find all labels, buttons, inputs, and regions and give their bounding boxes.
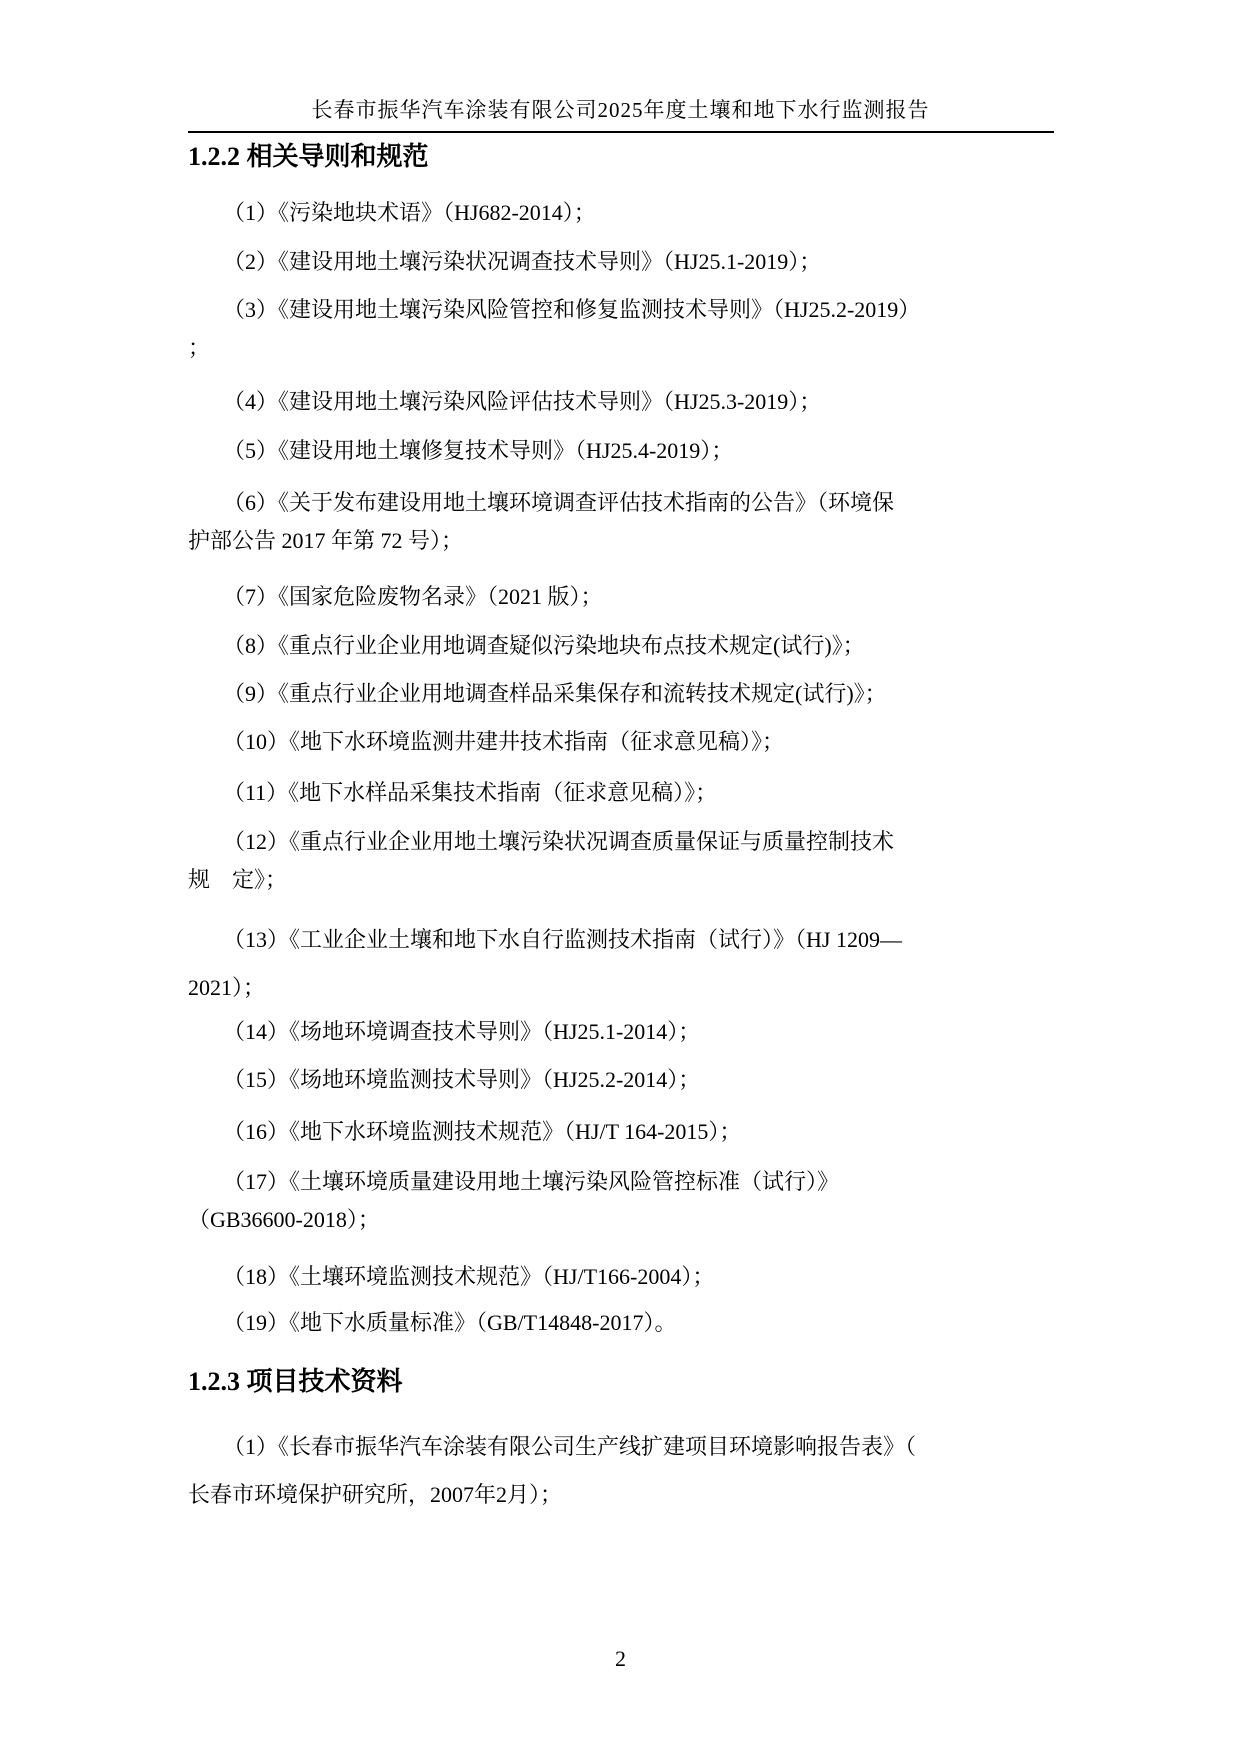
reference-item-1: （1）《污染地块术语》（HJ682-2014）； [188,194,1118,232]
reference-item-7: （7）《国家危险废物名录》（2021 版）； [188,578,1118,616]
reference-item-12: （12）《重点行业企业用地土壤污染状况调查质量保证与质量控制技术 规 定》； [188,823,1118,899]
reference-item-11: （11）《地下水样品采集技术指南（征求意见稿）》； [188,774,1118,812]
reference-item-5: （5）《建设用地土壤修复技术导则》（HJ25.4-2019）； [188,432,1118,470]
reference-item-3: （3）《建设用地土壤污染风险管控和修复监测技术导则》（HJ25.2-2019） … [188,291,1118,367]
reference-item-14: （14）《场地环境调查技术导则》（HJ25.1-2014）； [188,1013,1118,1051]
reference-item-2: （2）《建设用地土壤污染状况调查技术导则》（HJ25.1-2019）； [188,243,1118,281]
reference-item-15: （15）《场地环境监测技术导则》（HJ25.2-2014）； [188,1061,1118,1099]
reference-item-19: （19）《地下水质量标准》（GB/T14848-2017）。 [188,1304,1118,1342]
reference-item-8: （8）《重点行业企业用地调查疑似污染地块布点技术规定(试行)》； [188,627,1118,665]
reference-item-6: （6）《关于发布建设用地土壤环境调查评估技术指南的公告》（环境保 护部公告 20… [188,484,1118,560]
document-page: 长春市振华汽车涂装有限公司2025年度土壤和地下水行监测报告 1.2.2 相关导… [0,0,1241,1755]
technical-material-item-1: （1）《长春市振华汽车涂装有限公司生产线扩建项目环境影响报告表》（ 长春市环境保… [188,1423,1118,1519]
section-heading-1-2-2: 1.2.2 相关导则和规范 [188,140,429,174]
reference-item-10: （10）《地下水环境监测井建井技术指南（征求意见稿）》； [188,723,1118,761]
reference-item-13: （13）《工业企业土壤和地下水自行监测技术指南（试行）》（HJ 1209— 20… [188,916,1118,1012]
running-header: 长春市振华汽车涂装有限公司2025年度土壤和地下水行监测报告 [0,96,1241,124]
section-heading-1-2-3: 1.2.3 项目技术资料 [188,1365,403,1399]
reference-item-9: （9）《重点行业企业用地调查样品采集保存和流转技术规定(试行)》； [188,675,1118,713]
reference-item-17: （17）《土壤环境质量建设用地土壤污染风险管控标准（试行）》 （GB36600-… [188,1163,1118,1239]
reference-item-18: （18）《土壤环境监测技术规范》（HJ/T166-2004）； [188,1258,1118,1296]
reference-item-4: （4）《建设用地土壤污染风险评估技术导则》（HJ25.3-2019）； [188,383,1118,421]
header-rule [188,131,1054,133]
page-number: 2 [0,1645,1241,1673]
reference-item-16: （16）《地下水环境监测技术规范》（HJ/T 164-2015）； [188,1113,1118,1151]
